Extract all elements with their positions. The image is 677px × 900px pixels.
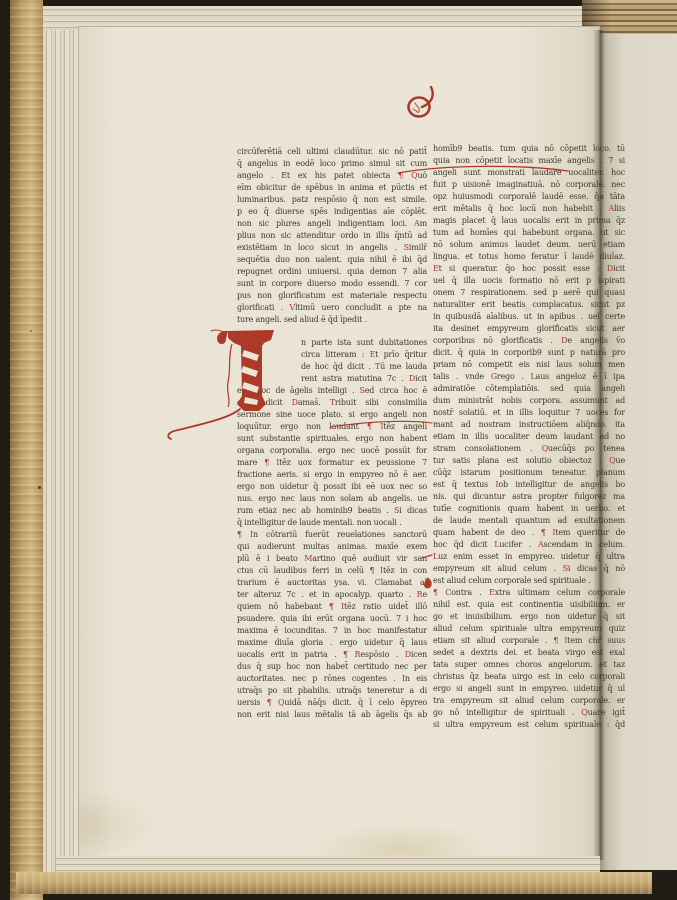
rubricated-text: E — [370, 350, 376, 359]
rubricated-text: I — [276, 458, 279, 467]
text-line: maxima ē iocunditas. 7 in hoc manifestat… — [237, 625, 427, 637]
text-line: quod dicit Damas̄. Tribuit sibi consimil… — [237, 397, 427, 409]
text-line: existētiam in loco sicut in angelis . Si… — [237, 242, 427, 254]
text-line: maxime diuīa gloria . ergo uidetur q̄ la… — [237, 637, 427, 649]
text-line: utraq̄s po sit pbabilis. utraq̄s teneret… — [237, 685, 427, 697]
rubricated-text: ¶ — [398, 171, 403, 180]
text-line: dus q̄ sup hoc non habet̄ certitudo nec … — [237, 661, 427, 673]
rubricated-text: ¶ — [367, 422, 372, 431]
text-line: ctus cū laudibus ferri in celū ¶ Itēz in… — [237, 565, 427, 577]
rubricated-text: ¶ — [541, 528, 546, 537]
rubricated-text: Q — [609, 456, 615, 465]
text-line: glorificati . Vltimū uero concludit a pt… — [237, 302, 427, 314]
text-line: sunt in corpore diuerso modo essendi. 7 … — [237, 278, 427, 290]
text-line: repugnet ordini uniuersi. quia demon 7 a… — [237, 266, 427, 278]
text-line: angelo . Et ex his patet obiecta ¶ Quō — [237, 170, 427, 182]
paper-speck — [30, 330, 32, 332]
rubricated-text: I — [380, 422, 383, 431]
rubricated-text: ¶ — [264, 458, 269, 467]
rubricated-text: T — [330, 398, 335, 407]
rubricated-text: S — [359, 386, 364, 395]
text-line: q̄ intelligitur de laude mentali. non uo… — [237, 517, 427, 529]
rubricated-text: D — [561, 336, 567, 345]
rubricated-text: ¶ — [237, 530, 242, 539]
rubricated-text: S — [404, 243, 409, 252]
text-line: plū ē i beato Martino quē audiuit vir sa… — [237, 553, 427, 565]
rubricated-text: D — [292, 398, 298, 407]
rubricated-text: I — [341, 602, 344, 611]
rubricated-text: ¶ — [343, 650, 348, 659]
rubricated-text: C — [445, 588, 451, 597]
text-line: eīm obicitur de spēbus in anima et pūcti… — [237, 182, 427, 194]
rubricated-text: R — [417, 590, 423, 599]
rubricated-text: ¶ — [267, 698, 272, 707]
text-line: loquūtur. ergo non laudant ¶ Itēz angeli — [237, 421, 427, 433]
rubricated-text: ¶ — [553, 636, 558, 645]
rubricated-text: L — [494, 540, 499, 549]
photographed-book: circūferētiā celi ultimi claudūtur. sic … — [0, 0, 677, 900]
text-line: ture angeli. sed aliud ē q̄d īpedit . — [237, 314, 427, 326]
rubricated-text: Q — [278, 698, 284, 707]
text-line: luminaribus. patz respōsio q̄ non est si… — [237, 194, 427, 206]
text-line — [237, 326, 427, 337]
text-line: nus. ergo nec laus non solam ab angelis.… — [237, 493, 427, 505]
text-line: circa litteram : Et prīo q̄ritur — [301, 349, 427, 361]
text-line: qui audierunt multas animas. maxīe exem — [237, 541, 427, 553]
rubricated-text: S — [563, 564, 568, 573]
text-line: psuadere. quia ibi erūt organa uocū. 7 i… — [237, 613, 427, 625]
rubricated-text: I — [402, 674, 405, 683]
text-line: p eo q̄ diuerse spēs indigentias aīe cōp… — [237, 206, 427, 218]
text-line: sunt substantie spirituales. ergo non ha… — [237, 433, 427, 445]
rubricated-text: ¶ — [329, 602, 334, 611]
text-line: pus non glorificatum est materiale respe… — [237, 290, 427, 302]
rubricated-text: ¶ — [433, 588, 438, 597]
rubricated-text: L — [433, 552, 438, 561]
rubricated-text: I — [250, 530, 253, 539]
rubricated-text: E — [489, 588, 495, 597]
rubricated-text: A — [538, 540, 544, 549]
rubricated-text: Q — [581, 708, 587, 717]
rubricated-text: C — [375, 578, 381, 587]
folio-mark — [409, 87, 433, 117]
text-line: circūferētiā celi ultimi claudūtur. sic … — [237, 146, 427, 158]
rubricated-text: I — [380, 566, 383, 575]
text-line: mare ¶ Itēz uox formatur ex peussione 7 — [237, 457, 427, 469]
text-column-left: circūferētiā celi ultimi claudūtur. sic … — [237, 146, 427, 721]
text-line: rent astra matutina 7c . Dicit — [301, 373, 427, 385]
rubricated-text: I — [552, 528, 555, 537]
rubricated-text: R — [355, 650, 361, 659]
text-line: q̄ angelus in eodē loco primo simul sit … — [237, 158, 427, 170]
book-page: circūferētiā celi ultimi claudūtur. sic … — [78, 26, 600, 858]
text-line: sermone sine uoce plato. si ergo angeli … — [237, 409, 427, 421]
rubricated-text: E — [433, 264, 439, 273]
rubricated-text: V — [289, 303, 295, 312]
text-line: eīm hoc de āgelis intelligi . Sed circa … — [237, 385, 427, 397]
text-line: rum etiaz nec ab hominib9 beatis . Si di… — [237, 505, 427, 517]
rubricated-text: T — [375, 362, 380, 371]
text-line: uocalis erit in patria . ¶ Respōsio . Di… — [237, 649, 427, 661]
text-line: ¶ In cōtrariū fuerūt reuelationes sancto… — [237, 529, 427, 541]
gutter-shadow — [593, 30, 604, 860]
rubricated-text: G — [491, 372, 497, 381]
rubricated-text: D — [405, 650, 411, 659]
rubricated-text: M — [304, 554, 312, 563]
text-line: plius non sic attenditur ordo in illis q… — [237, 230, 427, 242]
page-stack-bottom-edge — [56, 856, 600, 873]
rubricated-text: I — [564, 636, 567, 645]
text-line: organa corporalia. ergo nec uocē possūt … — [237, 445, 427, 457]
rubricated-text: A — [608, 204, 614, 213]
paper-speck — [38, 486, 41, 489]
text-line: trarium ē auctoritas ysa. vi. Clamabat a… — [237, 577, 427, 589]
text-line: ergo non uidetur q̄ possit ibi eē uox ne… — [237, 481, 427, 493]
text-line: quiem nō habebant ¶ Itēz ratio uidet̄ il… — [237, 601, 427, 613]
text-line: n parte ista sunt dubitationes — [301, 337, 427, 349]
rubricated-text: D — [409, 374, 415, 383]
rubricated-text: L — [531, 372, 536, 381]
rubricated-text: S — [394, 506, 399, 515]
rubricated-text: D — [607, 264, 613, 273]
rubricated-text: I — [495, 480, 498, 489]
text-line: auctoritates. nec p rōnes cogentes . In … — [237, 673, 427, 685]
text-line: fractione aeris. si ergo in empyreo nō ē… — [237, 469, 427, 481]
text-line: non erit nisi laus mētalis tā ab āgelis … — [237, 709, 427, 721]
rubricated-text: A — [414, 219, 420, 228]
text-line: sequētia duo non ualent. quia nihil ē ib… — [237, 254, 427, 266]
rubricated-text: ¶ — [369, 566, 374, 575]
vellum-cover-edge-bottom — [16, 872, 652, 894]
rubricated-text: Q — [411, 171, 417, 180]
text-line: ter alteruz 7c . et in apocalyp. quarto … — [237, 589, 427, 601]
text-line: de hoc q̄d dicit . Tū me lauda — [301, 361, 427, 373]
text-line: non sic plures angeli indigentiam loci. … — [237, 218, 427, 230]
text-line: uersis ¶ Quidā nāq̄s dicit. q̄ ī celo ēp… — [237, 697, 427, 709]
rubricated-text: Q — [542, 444, 548, 453]
vellum-cover-edge-left — [10, 0, 43, 900]
fore-edge-page-stack-left — [43, 6, 78, 894]
